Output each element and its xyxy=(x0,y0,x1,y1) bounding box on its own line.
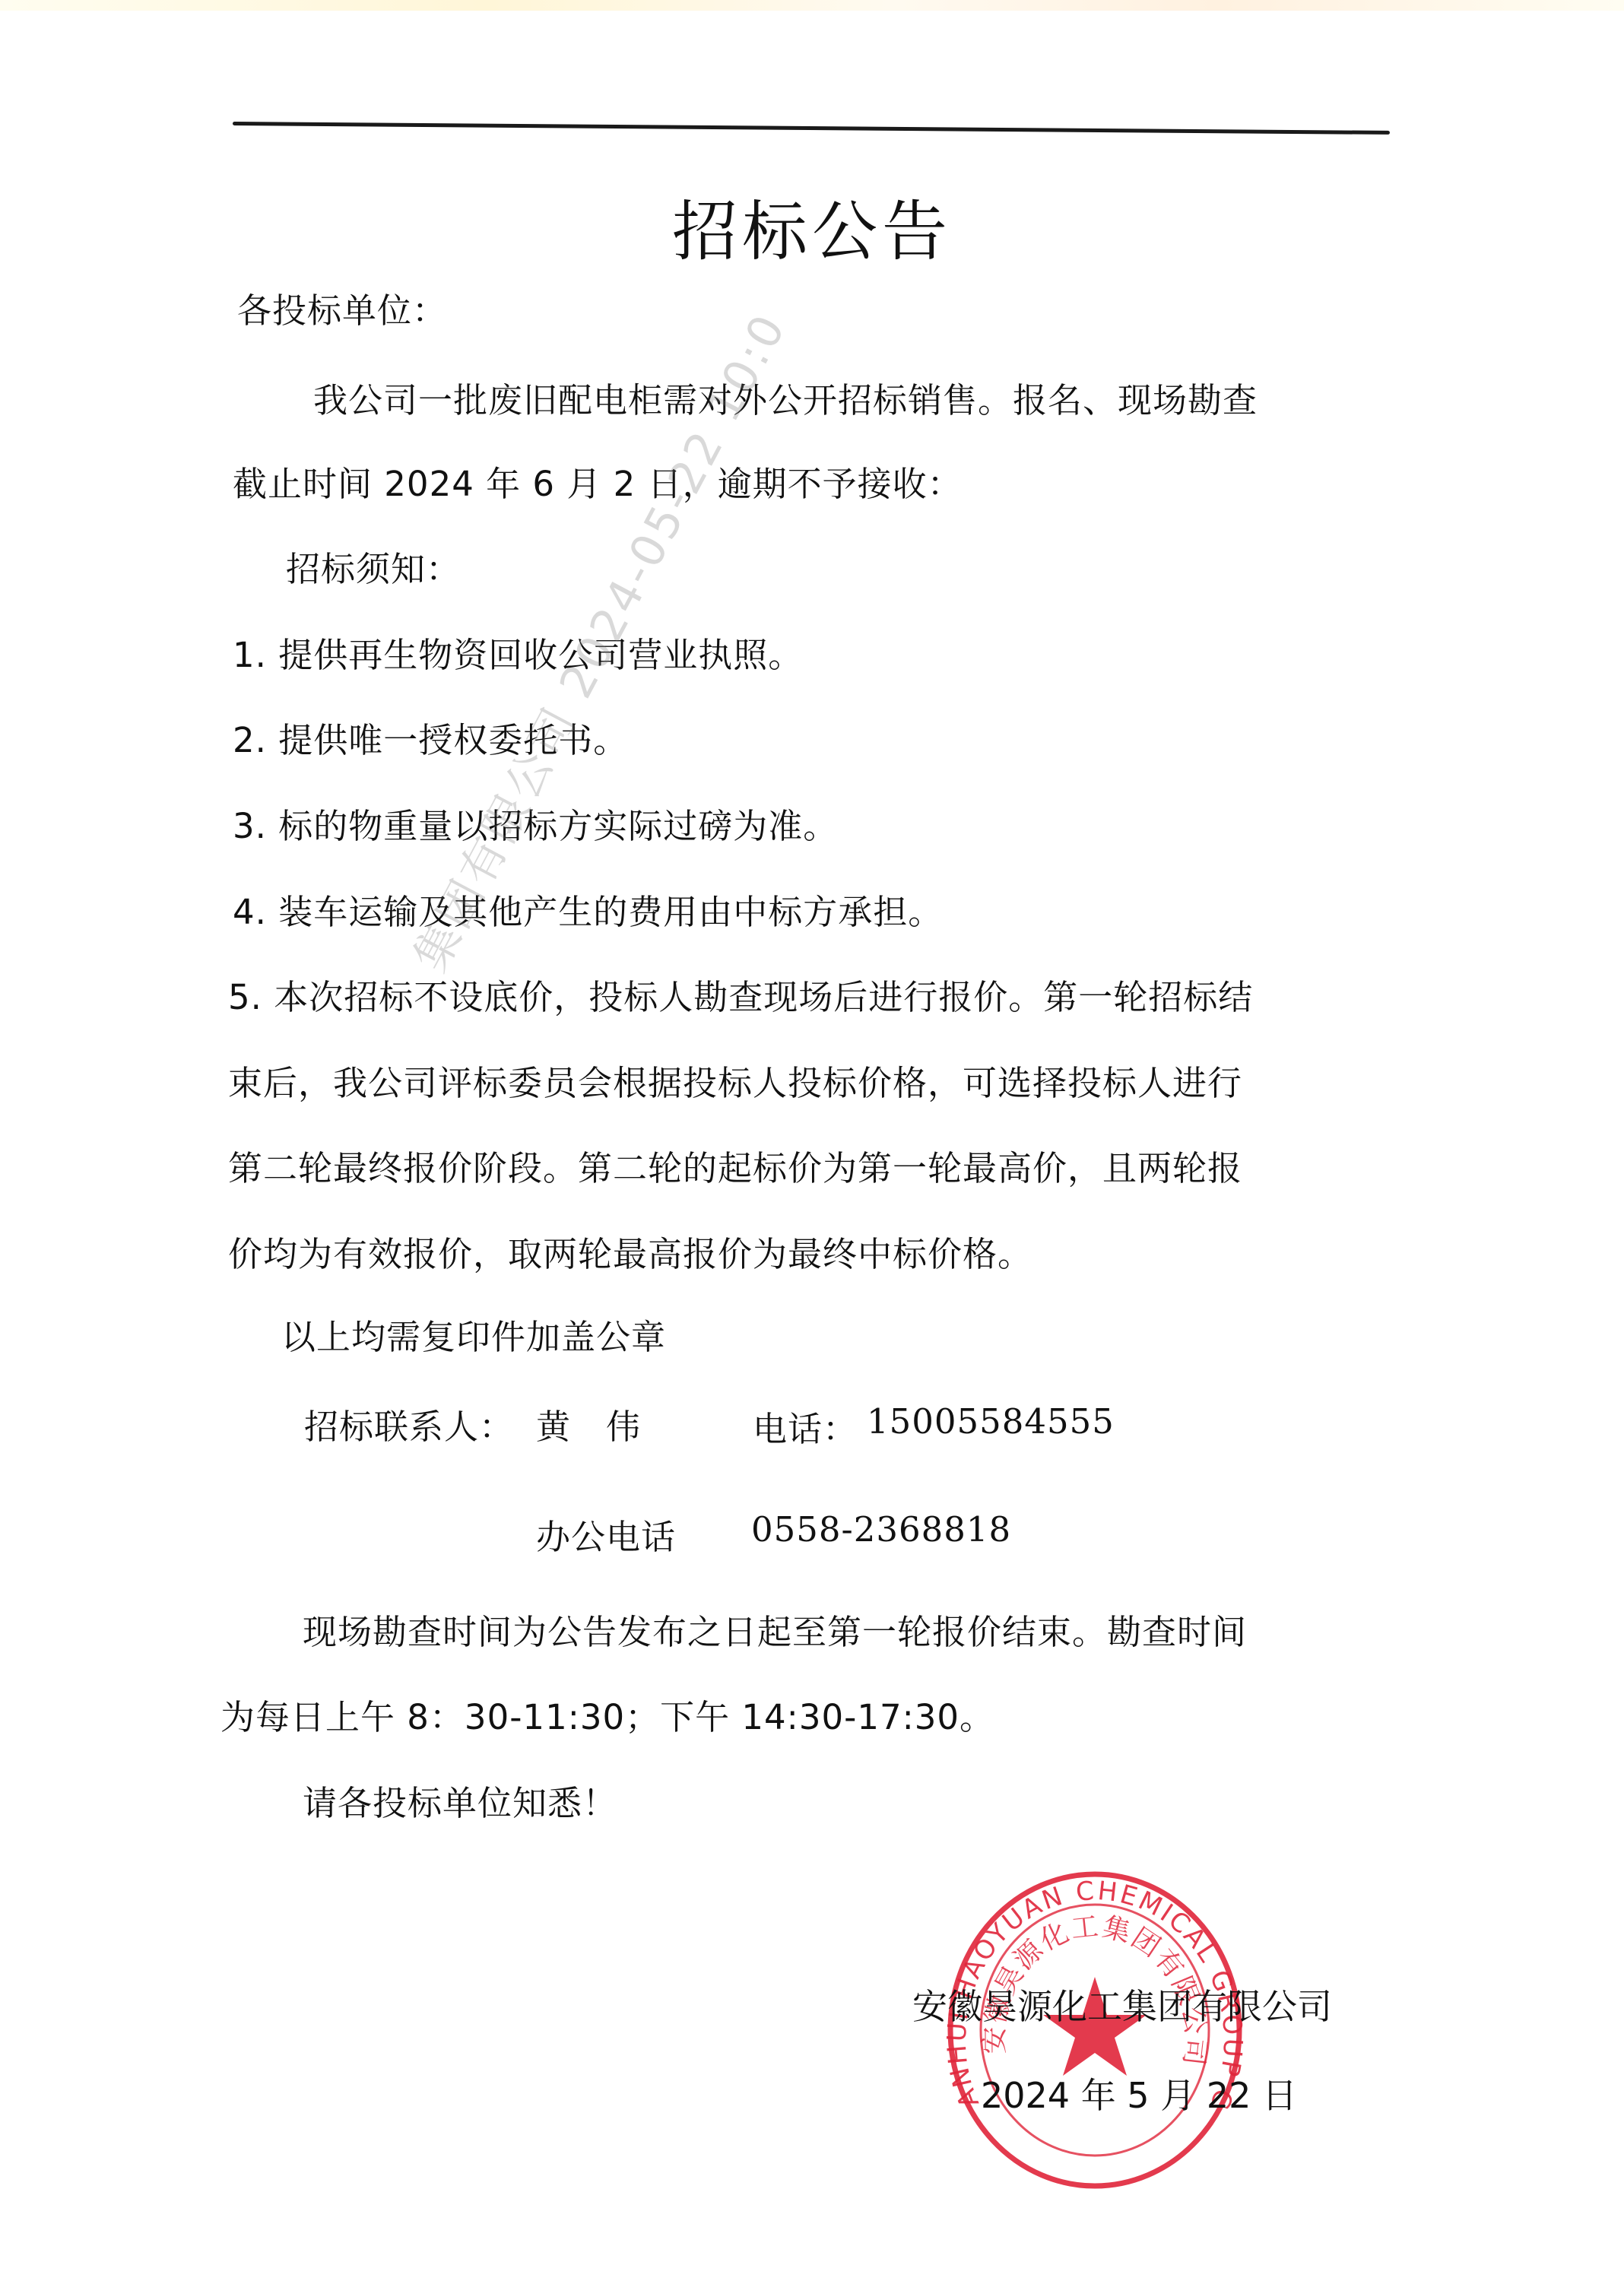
intro-line-1: 我公司一批废旧配电柜需对外公开招标销售。报名、现场勘查 xyxy=(313,373,1258,422)
notice-item-5-line-4: 价均为有效报价，取两轮最高报价为最终中标价格。 xyxy=(228,1226,1032,1276)
notice-item-5-line-3: 第二轮最终报价阶段。第二轮的起标价为第一轮最高价，且两轮报 xyxy=(228,1140,1242,1190)
contact-label: 招标联系人： xyxy=(304,1399,514,1448)
office-phone-number: 0558-2368818 xyxy=(751,1509,1011,1550)
phone-number: 15005584555 xyxy=(867,1401,1115,1442)
intro-line-2: 截止时间 2024 年 6 月 2 日，逾期不予接收： xyxy=(233,456,963,506)
notice-item-5-line-1: 5. 本次招标不设底价，投标人勘查现场后进行报价。第一轮招标结 xyxy=(228,969,1253,1019)
header-rule xyxy=(233,122,1390,135)
notice-item-1: 1. 提供再生物资回收公司营业执照。 xyxy=(233,627,803,677)
signature-date: 2024 年 5 月 22 日 xyxy=(981,2068,1297,2118)
office-phone-label: 办公电话 xyxy=(536,1509,676,1559)
notice-heading: 招标须知： xyxy=(286,541,461,591)
inspection-line-1: 现场勘查时间为公告发布之日起至第一轮报价结束。勘查时间 xyxy=(303,1604,1247,1654)
inspection-line-2: 为每日上午 8：30-11:30；下午 14:30-17:30。 xyxy=(220,1689,994,1739)
closing-note: 请各投标单位知悉！ xyxy=(303,1775,617,1825)
phone-label: 电话： xyxy=(753,1401,858,1451)
signature-company: 安徽昊源化工集团有限公司 xyxy=(912,1979,1332,2029)
notice-item-5-line-2: 束后，我公司评标委员会根据投标人投标价格，可选择投标人进行 xyxy=(228,1055,1242,1105)
page-title: 招标公告 xyxy=(0,179,1624,273)
salutation: 各投标单位： xyxy=(237,283,447,332)
notice-item-4: 4. 装车运输及其他产生的费用由中标方承担。 xyxy=(233,884,943,934)
contact-name: 黄 伟 xyxy=(536,1399,641,1448)
company-seal-icon: ANHUI HAOYUAN CHEMICAL GROUP CO.,LTD. 安徽… xyxy=(943,1863,1247,2197)
scan-top-edge xyxy=(0,0,1624,11)
seal-requirement: 以上均需复印件加盖公章 xyxy=(281,1309,666,1359)
